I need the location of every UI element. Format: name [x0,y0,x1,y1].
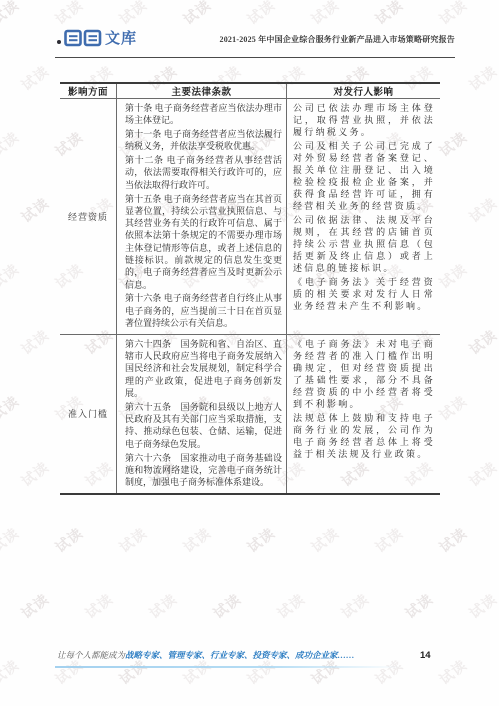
slogan-prefix: 让每个人都能成为 [57,650,125,660]
table-row: 准入门槛 第六十四条 国务院和省、自治区、直辖市人民政府应当将电子商务发展纳入国… [60,334,440,493]
footer-slogan: 让每个人都能成为战略专家、管理专家、行业专家、投资专家、成功企业家…… [57,649,355,661]
provision-paragraph: 第十条 电子商务经营者应当依法办理市场主体登记。 [125,102,282,127]
provision-paragraph: 第六十四条 国务院和省、自治区、直辖市人民政府应当将电子商务发展纳入国民经济和社… [125,338,282,399]
aspect-label: 准入门槛 [60,335,117,493]
report-page: 文库 2021-2025 年中国企业综合服务行业新产品进入市场策略研究报告 影响… [0,0,499,706]
provision-paragraph: 第十二条 电子商务经营者从事经营活动，依法需要取得相关行政许可的，应当依法取得行… [125,154,282,191]
footer-divider [55,666,447,668]
header-divider [55,57,455,58]
column-header-aspect: 影响方面 [60,84,117,98]
provision-paragraph: 第十六条 电子商务经营者自行终止从事电子商务的，应当提前三十日在首页显著位置持续… [125,292,282,329]
document-title: 2021-2025 年中国企业综合服务行业新产品进入市场策略研究报告 [220,34,455,48]
legal-impact-table: 影响方面 主要法律条款 对发行人影响 经营资质 第十条 电子商务经营者应当依法办… [60,82,440,495]
provisions-cell: 第六十四条 国务院和省、自治区、直辖市人民政府应当将电子商务发展纳入国民经济和社… [117,335,287,493]
page-header: 文库 2021-2025 年中国企业综合服务行业新产品进入市场策略研究报告 [57,27,455,48]
library-logo-icon [64,29,102,47]
table-header-row: 影响方面 主要法律条款 对发行人影响 [60,84,440,98]
slogan-highlight: 战略专家、管理专家、行业专家、投资专家、成功企业家…… [125,650,355,660]
impact-cell: 公司已依法办理市场主体登记，取得营业执照，并依法履行纳税义务。 公司及相关子公司… [287,99,440,334]
table-row: 经营资质 第十条 电子商务经营者应当依法办理市场主体登记。 第十一条 电子商务经… [60,98,440,334]
column-header-provisions: 主要法律条款 [117,84,287,98]
column-header-impact: 对发行人影响 [287,84,440,98]
impact-paragraph: 《电子商务法》关于经营资质的相关要求对发行人日常业务经营未产生不利影响。 [293,276,435,312]
logo-text: 文库 [105,27,137,48]
provision-paragraph: 第六十五条 国务院和县级以上地方人民政府及其有关部门应当采取措施，支持、推动绿色… [125,401,282,450]
impact-paragraph: 公司依据法律、法规及平台规则，在其经营的店铺首页持续公示营业执照信息（包括更新及… [293,214,435,274]
provision-paragraph: 第六十六条 国家推动电子商务基础设施和物流网络建设，完善电子商务统计制度，加强电… [125,452,282,489]
aspect-label: 经营资质 [60,99,117,334]
impact-paragraph: 公司及相关子公司已完成了对外贸易经营者备案登记、报关单位注册登记、出入境检验检疫… [293,140,435,213]
provisions-cell: 第十条 电子商务经营者应当依法办理市场主体登记。 第十一条 电子商务经营者应当依… [117,99,287,334]
provision-paragraph: 第十五条 电子商务经营者应当在其首页显著位置，持续公示营业执照信息、与其经营业务… [125,193,282,291]
impact-paragraph: 《电子商务法》未对电子商务经营者的准入门槛作出明确规定，但对经营资质提出了基础性… [293,338,435,411]
impact-paragraph: 法规总体上鼓励和支持电子商务行业的发展，公司作为电子商务经营者总体上将受益于相关… [293,412,435,460]
impact-paragraph: 公司已依法办理市场主体登记，取得营业执照，并依法履行纳税义务。 [293,102,435,138]
impact-cell: 《电子商务法》未对电子商务经营者的准入门槛作出明确规定，但对经营资质提出了基础性… [287,335,440,493]
brand-logo: 文库 [57,27,137,48]
page-number: 14 [420,650,431,661]
logo-dot-icon [57,40,61,44]
provision-paragraph: 第十一条 电子商务经营者应当依法履行纳税义务，并依法享受税收优惠。 [125,128,282,153]
